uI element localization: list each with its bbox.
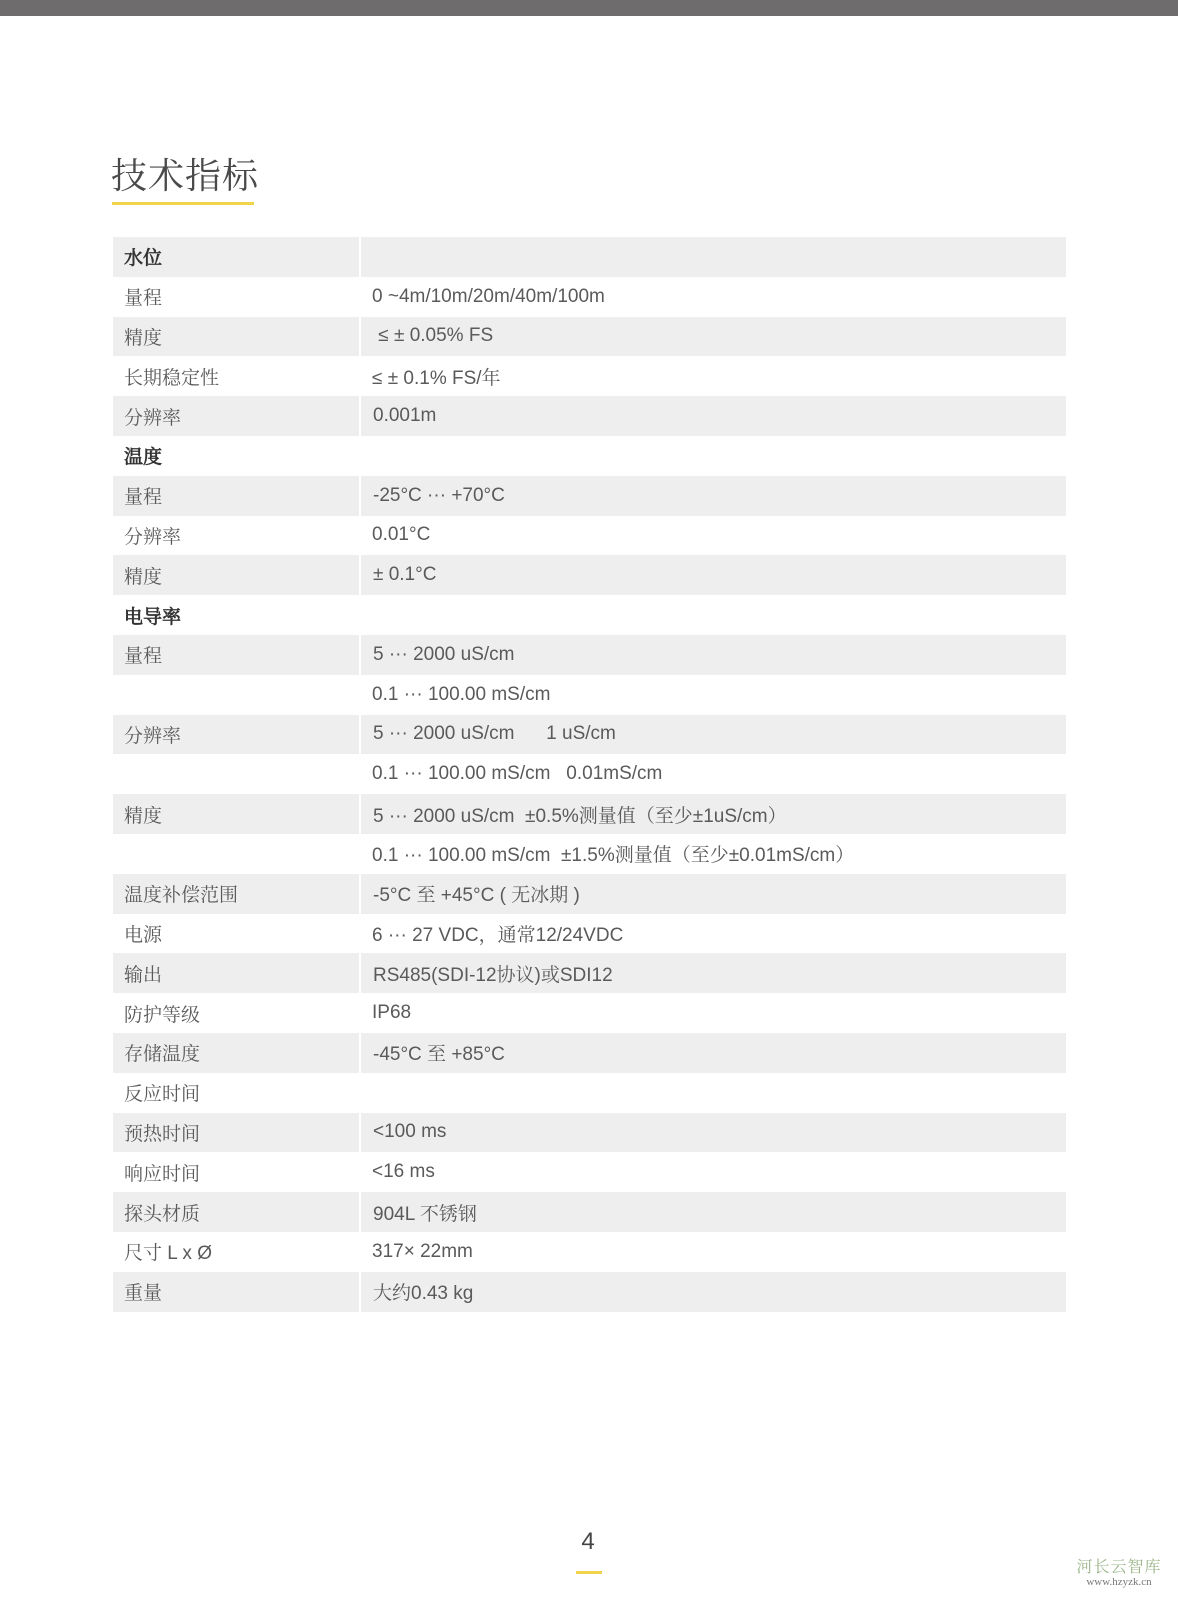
- spec-row: 分辨率5 ··· 2000 uS/cm 1 uS/cm: [113, 715, 1066, 755]
- spec-label: [113, 754, 360, 794]
- spec-label: 防护等级: [113, 993, 360, 1033]
- spec-value: -25°C ··· +70°C: [360, 476, 1066, 516]
- spec-label: 重量: [113, 1272, 360, 1312]
- page-title: 技术指标: [111, 152, 259, 200]
- spec-row: 量程0 ~4m/10m/20m/40m/100m: [113, 277, 1066, 317]
- spec-row: 温度补偿范围-5°C 至 +45°C ( 无冰期 ): [113, 874, 1066, 914]
- spec-value: 0.1 ··· 100.00 mS/cm 0.01mS/cm: [360, 754, 1066, 794]
- spec-row: 探头材质904L 不锈钢: [113, 1192, 1066, 1232]
- spec-value: RS485(SDI-12协议)或SDI12: [360, 953, 1066, 993]
- spec-label: 电源: [113, 914, 360, 954]
- spec-label: 量程: [113, 476, 360, 516]
- spec-label: [113, 675, 360, 715]
- spec-label: 分辨率: [113, 396, 360, 436]
- spec-value: IP68: [360, 993, 1066, 1033]
- spec-row: 尺寸 L x Ø317× 22mm: [113, 1232, 1066, 1272]
- spec-value: 0.01°C: [360, 516, 1066, 556]
- spec-value: [360, 436, 1066, 476]
- watermark: 河长云智库 www.hzyzk.cn: [1064, 1558, 1174, 1589]
- section-header-row: 电导率: [113, 595, 1066, 635]
- spec-row: 0.1 ··· 100.00 mS/cm 0.01mS/cm: [113, 754, 1066, 794]
- spec-value: [360, 1073, 1066, 1113]
- section-title: 温度: [113, 436, 360, 476]
- section-title: 水位: [113, 237, 360, 277]
- spec-row: 预热时间<100 ms: [113, 1113, 1066, 1153]
- spec-value: -45°C 至 +85°C: [360, 1033, 1066, 1073]
- spec-value: ± 0.1°C: [360, 555, 1066, 595]
- spec-label: 温度补偿范围: [113, 874, 360, 914]
- spec-value: [360, 237, 1066, 277]
- spec-row: 响应时间<16 ms: [113, 1152, 1066, 1192]
- spec-row: 长期稳定性≤ ± 0.1% FS/年: [113, 356, 1066, 396]
- spec-label: 存储温度: [113, 1033, 360, 1073]
- spec-label: 分辨率: [113, 715, 360, 755]
- spec-value: 大约0.43 kg: [360, 1272, 1066, 1312]
- spec-row: 精度5 ··· 2000 uS/cm ±0.5%测量值（至少±1uS/cm）: [113, 794, 1066, 834]
- spec-row: 输出RS485(SDI-12协议)或SDI12: [113, 953, 1066, 993]
- spec-row: 0.1 ··· 100.00 mS/cm ±1.5%测量值（至少±0.01mS/…: [113, 834, 1066, 874]
- spec-value: 317× 22mm: [360, 1232, 1066, 1272]
- spec-value: 0 ~4m/10m/20m/40m/100m: [360, 277, 1066, 317]
- spec-row: 精度± 0.1°C: [113, 555, 1066, 595]
- page-number-underline: [576, 1571, 602, 1574]
- spec-label: 量程: [113, 635, 360, 675]
- spec-value: 0.1 ··· 100.00 mS/cm ±1.5%测量值（至少±0.01mS/…: [360, 834, 1066, 874]
- spec-value: ≤ ± 0.1% FS/年: [360, 356, 1066, 396]
- spec-label: 长期稳定性: [113, 356, 360, 396]
- spec-label: 输出: [113, 953, 360, 993]
- watermark-url: www.hzyzk.cn: [1064, 1576, 1174, 1589]
- spec-row: 防护等级IP68: [113, 993, 1066, 1033]
- top-bar: [0, 0, 1178, 16]
- title-underline: [112, 202, 254, 205]
- spec-label: 精度: [113, 794, 360, 834]
- spec-label: 探头材质: [113, 1192, 360, 1232]
- spec-label: 量程: [113, 277, 360, 317]
- spec-value: -5°C 至 +45°C ( 无冰期 ): [360, 874, 1066, 914]
- spec-row: 重量大约0.43 kg: [113, 1272, 1066, 1312]
- spec-value: 0.001m: [360, 396, 1066, 436]
- spec-value: 5 ··· 2000 uS/cm 1 uS/cm: [360, 715, 1066, 755]
- spec-row: 0.1 ··· 100.00 mS/cm: [113, 675, 1066, 715]
- spec-label: [113, 834, 360, 874]
- spec-label: 尺寸 L x Ø: [113, 1232, 360, 1272]
- spec-value: <100 ms: [360, 1113, 1066, 1153]
- spec-row: 电源6 ··· 27 VDC，通常12/24VDC: [113, 914, 1066, 954]
- watermark-name: 河长云智库: [1064, 1558, 1174, 1576]
- spec-value: 5 ··· 2000 uS/cm ±0.5%测量值（至少±1uS/cm）: [360, 794, 1066, 834]
- spec-value: 0.1 ··· 100.00 mS/cm: [360, 675, 1066, 715]
- spec-row: 存储温度-45°C 至 +85°C: [113, 1033, 1066, 1073]
- spec-value: 5 ··· 2000 uS/cm: [360, 635, 1066, 675]
- spec-value: <16 ms: [360, 1152, 1066, 1192]
- spec-table: 水位量程0 ~4m/10m/20m/40m/100m精度 ≤ ± 0.05% F…: [113, 237, 1066, 1312]
- section-header-row: 水位: [113, 237, 1066, 277]
- spec-label: 反应时间: [113, 1073, 360, 1113]
- spec-value: 904L 不锈钢: [360, 1192, 1066, 1232]
- spec-label: 精度: [113, 317, 360, 357]
- spec-row: 反应时间: [113, 1073, 1066, 1113]
- spec-row: 分辨率0.001m: [113, 396, 1066, 436]
- section-header-row: 温度: [113, 436, 1066, 476]
- page-number: 4: [570, 1528, 606, 1556]
- spec-value: ≤ ± 0.05% FS: [360, 317, 1066, 357]
- spec-label: 响应时间: [113, 1152, 360, 1192]
- spec-row: 精度 ≤ ± 0.05% FS: [113, 317, 1066, 357]
- spec-value: [360, 595, 1066, 635]
- spec-row: 量程-25°C ··· +70°C: [113, 476, 1066, 516]
- spec-label: 预热时间: [113, 1113, 360, 1153]
- spec-label: 分辨率: [113, 516, 360, 556]
- spec-row: 量程5 ··· 2000 uS/cm: [113, 635, 1066, 675]
- spec-value: 6 ··· 27 VDC，通常12/24VDC: [360, 914, 1066, 954]
- section-title: 电导率: [113, 595, 360, 635]
- spec-label: 精度: [113, 555, 360, 595]
- spec-row: 分辨率0.01°C: [113, 516, 1066, 556]
